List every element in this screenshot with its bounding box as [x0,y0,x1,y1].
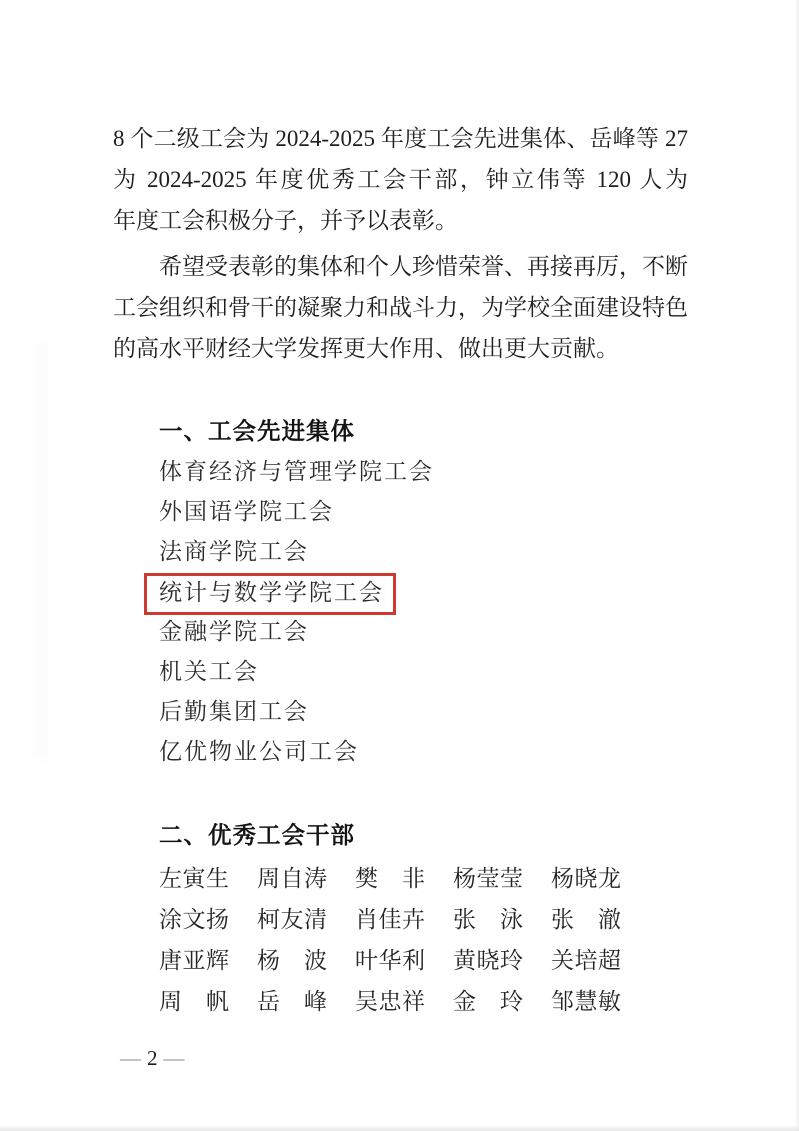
list-item: 亿优物业公司工会 [159,732,688,772]
cadre-name: 涂文扬 [159,899,229,940]
paragraph-2-line-2: 工会组织和骨干的凝聚力和战斗力，为学校全面建设特色鲜明 [113,287,688,328]
cadre-name: 柯友清 [257,899,327,940]
cadre-name: 叶华利 [355,940,425,981]
cadre-name: 唐亚辉 [159,940,229,981]
names-row: 唐亚辉 杨 波 叶华利 黄晓玲 关培超 [159,940,688,981]
paragraph-1: 8 个二级工会为 2024-2025 年度工会先进集体、岳峰等 27 人 为 2… [113,118,688,241]
paragraph-2: 希望受表彰的集体和个人珍惜荣誉、再接再厉，不断增强 工会组织和骨干的凝聚力和战斗… [113,246,688,369]
cadre-name: 金 玲 [453,981,523,1022]
list-item: 机关工会 [159,652,688,692]
page-number-value: 2 [147,1046,158,1070]
list-item: 体育经济与管理学院工会 [159,452,688,492]
scan-artifact-right [795,0,799,1131]
paragraph-2-line-1: 希望受表彰的集体和个人珍惜荣誉、再接再厉，不断增强 [113,246,688,287]
scan-artifact-left [34,340,50,760]
page-number-dash-left: — [114,1046,147,1070]
cadre-names-grid: 左寅生 周自涛 樊 非 杨莹莹 杨晓龙 涂文扬 柯友清 肖佳卉 张 泳 张 澈 … [159,858,688,1022]
cadre-name: 吴忠祥 [355,981,425,1022]
paragraph-1-line-3: 年度工会积极分子，并予以表彰。 [113,200,688,241]
page-number: —2— [114,1043,688,1073]
cadre-name: 邹慧敏 [551,981,621,1022]
collective-name: 体育经济与管理学院工会 [159,459,434,484]
names-row: 周 帆 岳 峰 吴忠祥 金 玲 邹慧敏 [159,981,688,1022]
list-item-highlighted: 统计与数学学院工会 [159,572,688,612]
cadre-name: 樊 非 [355,858,425,899]
cadre-name: 杨莹莹 [453,858,523,899]
document-content: 8 个二级工会为 2024-2025 年度工会先进集体、岳峰等 27 人 为 2… [113,118,688,1073]
list-item: 法商学院工会 [159,532,688,572]
cadre-name: 杨 波 [257,940,327,981]
paragraph-1-line-2: 为 2024-2025 年度优秀工会干部，钟立伟等 120 人为 2024-20… [113,159,688,200]
scan-artifact-bottom [0,1125,799,1131]
cadre-name: 张 泳 [453,899,523,940]
collective-name: 机关工会 [159,659,259,684]
cadre-name: 关培超 [551,940,621,981]
list-item: 外国语学院工会 [159,492,688,532]
cadre-name: 左寅生 [159,858,229,899]
collective-name: 金融学院工会 [159,619,309,644]
document-page: 8 个二级工会为 2024-2025 年度工会先进集体、岳峰等 27 人 为 2… [0,0,799,1131]
list-item: 金融学院工会 [159,612,688,652]
collective-name: 外国语学院工会 [159,499,334,524]
red-annotation-box: 统计与数学学院工会 [144,573,396,615]
collective-name: 后勤集团工会 [159,699,309,724]
names-row: 涂文扬 柯友清 肖佳卉 张 泳 张 澈 [159,899,688,940]
paragraph-2-line-3: 的高水平财经大学发挥更大作用、做出更大贡献。 [113,328,688,369]
paragraph-1-line-1: 8 个二级工会为 2024-2025 年度工会先进集体、岳峰等 27 人 [113,118,688,159]
cadre-name: 周自涛 [257,858,327,899]
cadre-name: 肖佳卉 [355,899,425,940]
names-row: 左寅生 周自涛 樊 非 杨莹莹 杨晓龙 [159,858,688,899]
section2-heading: 二、优秀工会干部 [159,815,688,856]
cadre-name: 杨晓龙 [551,858,621,899]
cadre-name: 黄晓玲 [453,940,523,981]
cadre-name: 张 澈 [551,899,621,940]
list-item: 后勤集团工会 [159,692,688,732]
cadre-name: 岳 峰 [257,981,327,1022]
page-number-dash-right: — [158,1046,191,1070]
collective-name: 法商学院工会 [159,539,309,564]
collective-name: 亿优物业公司工会 [159,739,359,764]
advanced-collectives-list: 体育经济与管理学院工会 外国语学院工会 法商学院工会 统计与数学学院工会 金融学… [159,452,688,772]
cadre-name: 周 帆 [159,981,229,1022]
collective-name: 统计与数学学院工会 [159,580,384,605]
section1-heading: 一、工会先进集体 [159,411,688,452]
